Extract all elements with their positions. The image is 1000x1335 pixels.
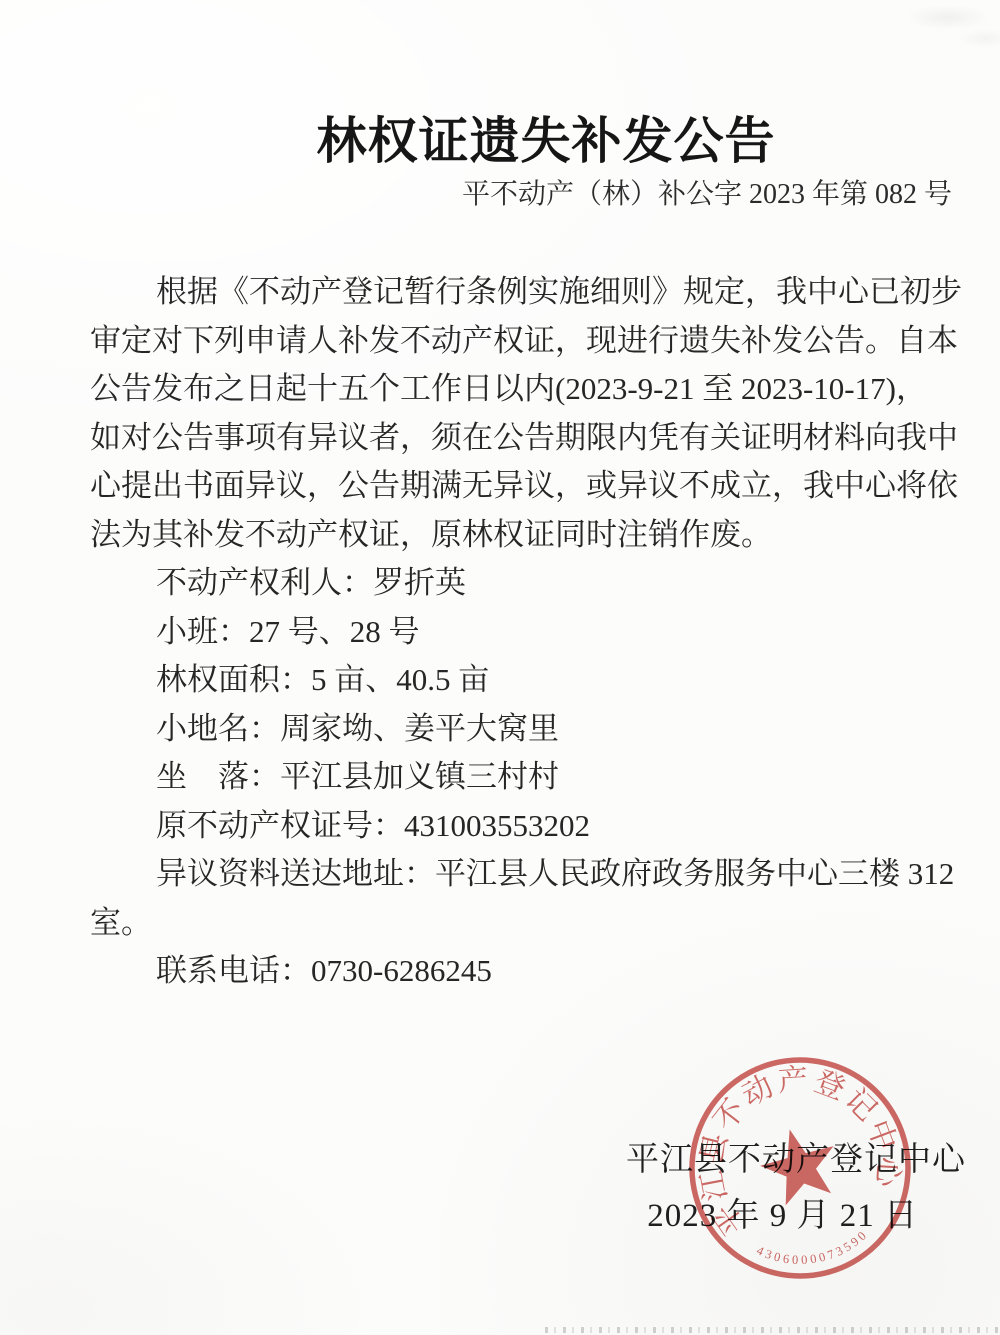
body-line: 异议资料送达地址：平江县人民政府政务服务中心三楼 312 (90, 850, 970, 899)
body-line: 林权面积：5 亩、40.5 亩 (90, 656, 970, 705)
body-line: 室。 (90, 899, 970, 948)
body-line: 公告发布之日起十五个工作日以内(2023-9-21 至 2023-10-17)， (90, 365, 970, 414)
body-line: 小地名：周家坳、姜平大窝里 (90, 705, 970, 754)
official-seal-stamp: 平江县不动产登记中心 4306000073590 (672, 1040, 928, 1296)
body-line: 法为其补发不动产权证，原林权证同时注销作废。 (90, 511, 970, 560)
scan-artifact-top-right (850, 0, 1000, 70)
body-line: 不动产权利人：罗折英 (90, 559, 970, 608)
body-line: 原不动产权证号：431003553202 (90, 802, 970, 851)
body-line: 小班：27 号、28 号 (90, 608, 970, 657)
body-line: 坐 落：平江县加义镇三村村 (90, 753, 970, 802)
seal-star-icon (753, 1120, 845, 1210)
body-line: 根据《不动产登记暂行条例实施细则》规定，我中心已初步 (90, 268, 970, 317)
body-line: 心提出书面异议，公告期满无异议，或异议不成立，我中心将依 (90, 462, 970, 511)
document-title: 林权证遗失补发公告 (46, 101, 1000, 173)
body-paragraph: 根据《不动产登记暂行条例实施细则》规定，我中心已初步审定对下列申请人补发不动产权… (90, 268, 970, 996)
body-line: 联系电话：0730-6286245 (90, 947, 970, 996)
scan-artifact-bottom-bleed (545, 1327, 1000, 1333)
body-line: 审定对下列申请人补发不动产权证，现进行遗失补发公告。自本 (90, 317, 970, 366)
announcement-document: 林权证遗失补发公告 平不动产（林）补公字 2023 年第 082 号 根据《不动… (0, 0, 1000, 1335)
body-line: 如对公告事项有异议者，须在公告期限内凭有关证明材料向我中 (90, 414, 970, 463)
document-number: 平不动产（林）补公字 2023 年第 082 号 (462, 172, 952, 212)
